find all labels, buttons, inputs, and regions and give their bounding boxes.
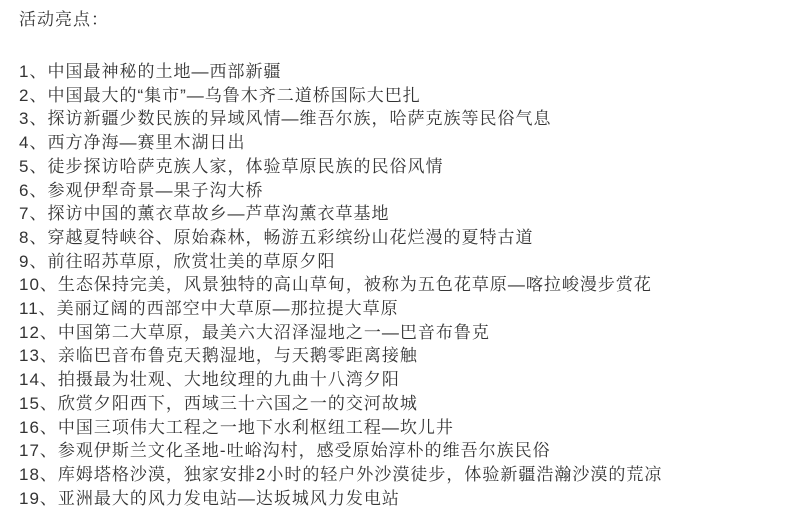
highlight-item-16: 16、中国三项伟大工程之一地下水利枢纽工程—坎儿井 — [19, 416, 787, 440]
highlight-item-10: 10、生态保持完美，风景独特的高山草甸，被称为五色花草原—喀拉峻漫步赏花 — [19, 273, 787, 297]
highlight-item-19: 19、亚洲最大的风力发电站—达坂城风力发电站 — [19, 487, 787, 511]
highlight-item-5: 5、徒步探访哈萨克族人家，体验草原民族的民俗风情 — [19, 155, 787, 179]
highlight-item-9: 9、前往昭苏草原，欣赏壮美的草原夕阳 — [19, 250, 787, 274]
highlight-item-2: 2、中国最大的“集市”—乌鲁木齐二道桥国际大巴扎 — [19, 84, 787, 108]
highlight-item-13: 13、亲临巴音布鲁克天鹅湿地，与天鹅零距离接触 — [19, 344, 787, 368]
highlight-item-1: 1、中国最神秘的土地—西部新疆 — [19, 60, 787, 84]
highlight-item-15: 15、欣赏夕阳西下，西域三十六国之一的交河故城 — [19, 392, 787, 416]
highlight-item-7: 7、探访中国的薰衣草故乡—芦草沟薰衣草基地 — [19, 202, 787, 226]
section-title: 活动亮点： — [19, 8, 787, 32]
highlight-item-4: 4、西方净海—赛里木湖日出 — [19, 131, 787, 155]
highlights-list: 1、中国最神秘的土地—西部新疆 2、中国最大的“集市”—乌鲁木齐二道桥国际大巴扎… — [19, 60, 787, 510]
highlight-item-8: 8、穿越夏特峡谷、原始森林，畅游五彩缤纷山花烂漫的夏特古道 — [19, 226, 787, 250]
highlight-item-14: 14、拍摄最为壮观、大地纹理的九曲十八湾夕阳 — [19, 368, 787, 392]
highlight-item-12: 12、中国第二大草原，最美六大沼泽湿地之一—巴音布鲁克 — [19, 321, 787, 345]
highlight-item-6: 6、参观伊犁奇景—果子沟大桥 — [19, 179, 787, 203]
highlight-item-17: 17、参观伊斯兰文化圣地-吐峪沟村，感受原始淳朴的维吾尔族民俗 — [19, 439, 787, 463]
highlight-item-3: 3、探访新疆少数民族的异域风情—维吾尔族，哈萨克族等民俗气息 — [19, 107, 787, 131]
highlight-item-11: 11、美丽辽阔的西部空中大草原—那拉提大草原 — [19, 297, 787, 321]
activity-highlights-document: 活动亮点： 1、中国最神秘的土地—西部新疆 2、中国最大的“集市”—乌鲁木齐二道… — [0, 0, 797, 529]
highlight-item-18: 18、库姆塔格沙漠，独家安排2小时的轻户外沙漠徒步，体验新疆浩瀚沙漠的荒凉 — [19, 463, 787, 487]
